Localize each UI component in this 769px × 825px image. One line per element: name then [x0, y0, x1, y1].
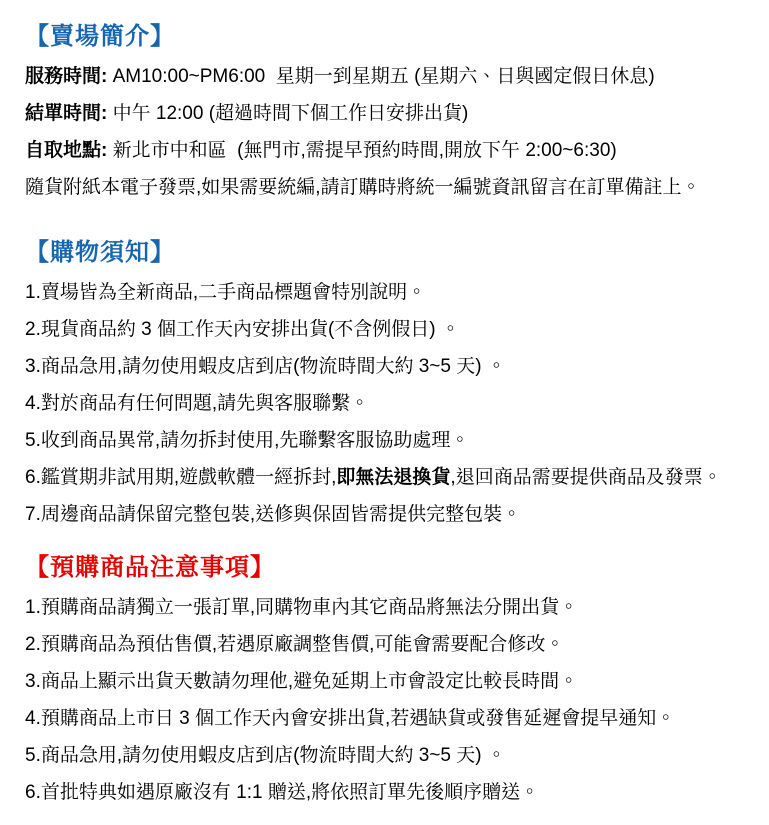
shopping-notice-item-5: 5.收到商品異常,請勿拆封使用,先聯繫客服協助處理。 — [25, 422, 749, 459]
section-shopping-notice: 【購物須知】 1.賣場皆為全新商品,二手商品標題會特別說明。 2.現貨商品約 3… — [25, 238, 749, 533]
shopping-notice-item-2: 2.現貨商品約 3 個工作天內安排出貨(不含例假日) 。 — [25, 311, 749, 348]
notice-text: 7.周邊商品請保留完整包裝,送修與保固皆需提供完整包裝。 — [25, 504, 521, 525]
notice-text: 5.收到商品異常,請勿拆封使用,先聯繫客服協助處理。 — [25, 430, 469, 451]
store-description: 【賣場簡介】 服務時間: AM10:00~PM6:00 星期一到星期五 (星期六… — [0, 0, 769, 811]
notice-text: 2.現貨商品約 3 個工作天內安排出貨(不含例假日) 。 — [25, 319, 460, 340]
order-cutoff-value: 中午 12:00 (超過時間下個工作日安排出貨) — [107, 103, 468, 124]
section-title-shopping-notice: 【購物須知】 — [25, 238, 749, 268]
store-intro-line-order-cutoff: 結單時間: 中午 12:00 (超過時間下個工作日安排出貨) — [25, 95, 749, 132]
section-store-intro: 【賣場簡介】 服務時間: AM10:00~PM6:00 星期一到星期五 (星期六… — [25, 22, 749, 206]
preorder-note-item-5: 5.商品急用,請勿使用蝦皮店到店(物流時間大約 3~5 天) 。 — [25, 737, 749, 774]
notice-text: ,退回商品需要提供商品及發票。 — [450, 467, 721, 488]
shopping-notice-item-6: 6.鑑賞期非試用期,遊戲軟體一經拆封,即無法退換貨,退回商品需要提供商品及發票。 — [25, 459, 749, 496]
store-description-page: { "page": { "background": "#ffffff" }, "… — [0, 0, 769, 825]
invoice-note-text: 隨貨附紙本電子發票,如果需要統編,請訂購時將統一編號資訊留言在訂單備註上。 — [25, 177, 701, 198]
store-intro-line-pickup-location: 自取地點: 新北市中和區 (無門市,需提早預約時間,開放下午 2:00~6:30… — [25, 132, 749, 169]
pickup-location-label: 自取地點: — [25, 140, 107, 161]
notice-text: 6.鑑賞期非試用期,遊戲軟體一經拆封, — [25, 467, 336, 488]
preorder-note-item-1: 1.預購商品請獨立一張訂單,同購物車內其它商品將無法分開出貨。 — [25, 589, 749, 626]
shopping-notice-item-7: 7.周邊商品請保留完整包裝,送修與保固皆需提供完整包裝。 — [25, 496, 749, 533]
note-text: 3.商品上顯示出貨天數請勿理他,避免延期上市會設定比較長時間。 — [25, 671, 578, 692]
preorder-note-item-4: 4.預購商品上市日 3 個工作天內會安排出貨,若遇缺貨或發售延遲會提早通知。 — [25, 700, 749, 737]
section-preorder-notes: 【預購商品注意事項】 1.預購商品請獨立一張訂單,同購物車內其它商品將無法分開出… — [25, 553, 749, 811]
service-hours-value: AM10:00~PM6:00 星期一到星期五 (星期六、日與國定假日休息) — [107, 66, 654, 87]
note-text: 4.預購商品上市日 3 個工作天內會安排出貨,若遇缺貨或發售延遲會提早通知。 — [25, 708, 675, 729]
notice-text: 1.賣場皆為全新商品,二手商品標題會特別說明。 — [25, 282, 426, 303]
note-text: 5.商品急用,請勿使用蝦皮店到店(物流時間大約 3~5 天) 。 — [25, 745, 506, 766]
store-intro-line-invoice-note: 隨貨附紙本電子發票,如果需要統編,請訂購時將統一編號資訊留言在訂單備註上。 — [25, 169, 749, 206]
section-title-preorder-notes: 【預購商品注意事項】 — [25, 553, 749, 583]
service-hours-label: 服務時間: — [25, 66, 107, 87]
notice-text: 3.商品急用,請勿使用蝦皮店到店(物流時間大約 3~5 天) 。 — [25, 356, 506, 377]
shopping-notice-item-1: 1.賣場皆為全新商品,二手商品標題會特別說明。 — [25, 274, 749, 311]
note-text: 6.首批特典如遇原廠沒有 1:1 贈送,將依照訂單先後順序贈送。 — [25, 782, 539, 803]
no-return-emphasis: 即無法退換貨 — [336, 467, 450, 488]
pickup-location-value: 新北市中和區 (無門市,需提早預約時間,開放下午 2:00~6:30) — [107, 140, 616, 161]
notice-text: 4.對於商品有任何問題,請先與客服聯繫。 — [25, 393, 369, 414]
preorder-note-item-6: 6.首批特典如遇原廠沒有 1:1 贈送,將依照訂單先後順序贈送。 — [25, 774, 749, 811]
shopping-notice-item-4: 4.對於商品有任何問題,請先與客服聯繫。 — [25, 385, 749, 422]
section-title-store-intro: 【賣場簡介】 — [25, 22, 749, 52]
note-text: 1.預購商品請獨立一張訂單,同購物車內其它商品將無法分開出貨。 — [25, 597, 578, 618]
note-text: 2.預購商品為預估售價,若遇原廠調整售價,可能會需要配合修改。 — [25, 634, 564, 655]
preorder-note-item-2: 2.預購商品為預估售價,若遇原廠調整售價,可能會需要配合修改。 — [25, 626, 749, 663]
store-intro-line-service-hours: 服務時間: AM10:00~PM6:00 星期一到星期五 (星期六、日與國定假日… — [25, 58, 749, 95]
shopping-notice-item-3: 3.商品急用,請勿使用蝦皮店到店(物流時間大約 3~5 天) 。 — [25, 348, 749, 385]
order-cutoff-label: 結單時間: — [25, 103, 107, 124]
preorder-note-item-3: 3.商品上顯示出貨天數請勿理他,避免延期上市會設定比較長時間。 — [25, 663, 749, 700]
